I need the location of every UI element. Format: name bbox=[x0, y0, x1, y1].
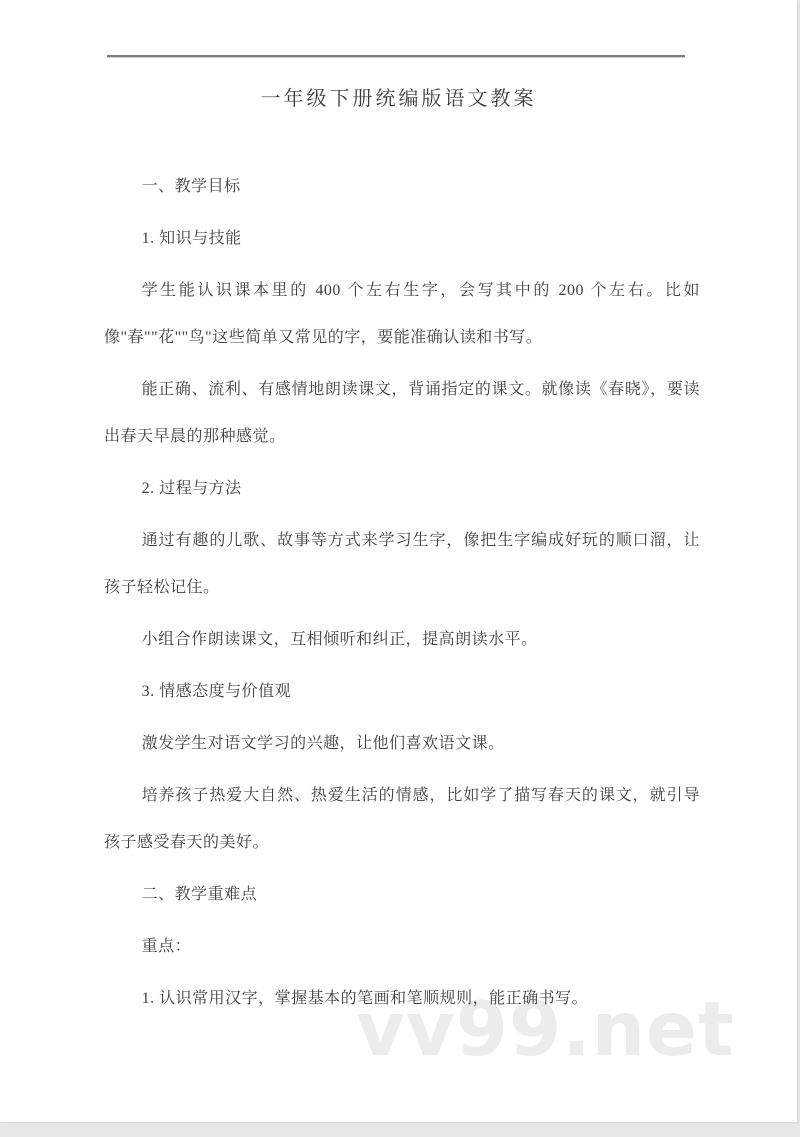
paragraph: 激发学生对语文学习的兴趣，让他们喜欢语文课。 bbox=[104, 720, 700, 767]
section-heading: 一、教学目标 bbox=[104, 163, 700, 210]
section-heading: 二、教学重难点 bbox=[104, 871, 700, 918]
sub-heading: 2. 过程与方法 bbox=[104, 465, 700, 512]
sub-heading: 3. 情感态度与价值观 bbox=[104, 668, 700, 715]
paragraph: 学生能认识课本里的 400 个左右生字，会写其中的 200 个左右。比如像"春"… bbox=[104, 267, 700, 361]
paragraph: 能正确、流利、有感情地朗读课文，背诵指定的课文。就像读《春晓》，要读出春天早晨的… bbox=[104, 366, 700, 460]
paragraph: 培养孩子热爱大自然、热爱生活的情感，比如学了描写春天的课文，就引导孩子感受春天的… bbox=[104, 772, 700, 866]
document-page: 一年级下册统编版语文教案 vv99.net 一、教学目标 1. 知识与技能 学生… bbox=[0, 0, 797, 1122]
paragraph: 重点： bbox=[104, 923, 700, 970]
document-body: 一、教学目标 1. 知识与技能 学生能认识课本里的 400 个左右生字，会写其中… bbox=[104, 163, 700, 1027]
paragraph: 1. 认识常用汉字，掌握基本的笔画和笔顺规则，能正确书写。 bbox=[104, 975, 700, 1022]
header-divider bbox=[107, 55, 685, 58]
paragraph: 小组合作朗读课文，互相倾听和纠正，提高朗读水平。 bbox=[104, 616, 700, 663]
screenshot-root: { "page": { "title": "一年级下册统编版语文教案", "wa… bbox=[0, 0, 800, 1137]
page-title: 一年级下册统编版语文教案 bbox=[0, 82, 797, 111]
sub-heading: 1. 知识与技能 bbox=[104, 215, 700, 262]
paragraph: 通过有趣的儿歌、故事等方式来学习生字，像把生字编成好玩的顺口溜，让孩子轻松记住。 bbox=[104, 517, 700, 611]
